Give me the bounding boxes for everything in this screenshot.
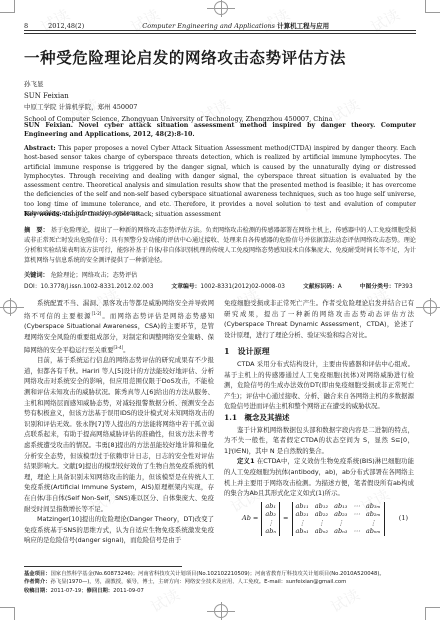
registration-mark-icon xyxy=(423,300,437,314)
abstract-label: Abstract: xyxy=(24,145,56,152)
paragraph: 免疫细胞受损或非正常死亡产生。作者受危险理论启发并结合已有研究成果，提出了一种新… xyxy=(224,298,414,340)
journal-name-en: Computer Engineering and Applications xyxy=(142,22,275,30)
classification-number: 中图分类号：TP393 xyxy=(360,281,413,290)
affiliation-cn: 中原工学院 计算机学院，郑州 450007 xyxy=(24,102,333,114)
crop-mark-top-right xyxy=(425,0,440,13)
keywords-label: Key words: xyxy=(24,211,62,218)
author-name-cn: 孙飞显 xyxy=(24,79,333,91)
abstract-text: This paper proposes a novel Cyber Attack… xyxy=(24,145,416,217)
footnote-rule xyxy=(24,566,182,567)
citation: SUN Feixian. Novel cyber attack situatio… xyxy=(24,122,416,139)
keywords-cn-text: 危险理论；网络攻击；态势评估 xyxy=(51,272,138,279)
doi: DOI：10.3778/j.issn.1002-8331.2012.02.003 xyxy=(24,281,153,290)
body-column-right: 免疫细胞受损或非正常死亡产生。作者受危险理论启发并结合已有研究成果，提出了一种新… xyxy=(224,298,414,536)
paragraph: 系统配置不当、漏洞、黑客攻击等都是威胁网络安全并导致网络不可信的主要根源[1-2… xyxy=(24,298,214,355)
crop-mark-bottom-right xyxy=(425,607,440,620)
journal-name-cn: 计算机工程与应用 xyxy=(277,22,329,30)
paragraph: Matzinger[10]提出的危险理论(Danger Theory，DT)改变… xyxy=(24,514,214,546)
abstract-cn-text: 基于危险理论，提出了一种新的网络攻击态势评估方法。负责网络攻击检测的传感器部署在… xyxy=(24,227,416,264)
subsection-heading: 1.1 概念及其描述 xyxy=(224,413,414,424)
article-number: 文章编号：1002-8331(2012)02-0008-03 xyxy=(171,281,285,290)
author-name-en: SUN Feixian xyxy=(24,91,333,103)
equation-number: (1) xyxy=(399,513,408,524)
footnotes: 基金项目：国家自然科学基金(No.60873246)；河南省科技攻关计划项目(N… xyxy=(24,570,416,595)
paragraph: CTDA 采用分布式结构设计，主要由传感器和评估中心组成。基于主机上的传感器通过… xyxy=(224,359,414,412)
paragraph: 目前，基于系统运行信息的网络态势评估的研究成果有不少报道，但都各有千秋。Hari… xyxy=(24,355,214,514)
abstract-cn-label: 摘 要： xyxy=(24,227,49,234)
antibody-matrix: ab₁₁ab₁₂ab₁₃⋯ab₁ₘ ab₂₁ab₂₂ab₂₃⋯ab₂ₘ ⋮⋮⋮⋮… xyxy=(292,502,385,536)
author-block: 孙飞显 SUN Feixian 中原工学院 计算机学院，郑州 450007 Sc… xyxy=(24,79,333,125)
paper-title: 一种受危险理论启发的网络攻击态势评估方法 xyxy=(24,46,346,68)
registration-mark-icon xyxy=(3,300,17,314)
header-rule xyxy=(24,30,416,34)
crop-mark-top-left xyxy=(0,0,15,13)
author-bio-note: 作者简介：孙飞显(1970—)，男，副教授，硕导，博士，主研方向：网络安全技术及… xyxy=(24,578,416,586)
crop-mark-bottom-left xyxy=(0,607,15,620)
paragraph: 鉴于计算机网络数据包头部和数据字段内容是二进制的特点，为不失一般性，笔者假定CT… xyxy=(224,425,414,457)
keywords-en: Key words: danger theory; cyber attack; … xyxy=(24,211,221,218)
body-column-left: 系统配置不当、漏洞、黑客攻击等都是威胁网络安全并导致网络不可信的主要根源[1-2… xyxy=(24,298,214,546)
fund-note: 基金项目：国家自然科学基金(No.60873246)；河南省科技攻关计划项目(N… xyxy=(24,570,416,578)
dates-note: 收稿日期：2011-07-19；修回日期：2011-09-07 xyxy=(24,587,416,595)
section-heading: 1 设计原理 xyxy=(224,346,414,357)
running-head: 8 2012,48(2) Computer Engineering and Ap… xyxy=(24,21,416,30)
keywords-cn-label: 关键词： xyxy=(24,272,49,279)
registration-mark-icon xyxy=(214,1,228,15)
identifiers-row: DOI：10.3778/j.issn.1002-8331.2012.02.003… xyxy=(24,281,416,290)
abstract-en: Abstract: This paper proposes a novel Cy… xyxy=(24,144,416,218)
keywords-cn: 关键词： 危险理论；网络攻击；态势评估 xyxy=(24,270,137,279)
document-code: 文献标识码：A xyxy=(303,281,342,290)
equation-1: Ab = ab₁ ab₂ ⋮ abₙ = ab₁₁ab₁₂ab₁₃⋯ab₁ₘ a… xyxy=(224,502,414,536)
volume-issue: 2012,48(2) xyxy=(48,22,84,30)
keywords-text: danger theory; cyber attack; situation a… xyxy=(64,211,221,218)
antibody-vector: ab₁ ab₂ ⋮ abₙ xyxy=(261,502,280,536)
abstract-cn: 摘 要： 基于危险理论，提出了一种新的网络攻击态势评估方法。负责网络攻击检测的传… xyxy=(24,226,416,266)
equation-lhs: Ab = xyxy=(242,513,258,524)
definition: 定义1 在CTDA中，定义效仿生物免疫系统(BIS)淋巴细胞功能的人工免疫细胞为… xyxy=(224,456,414,498)
registration-mark-icon xyxy=(214,604,228,618)
page-number: 8 xyxy=(24,22,28,30)
